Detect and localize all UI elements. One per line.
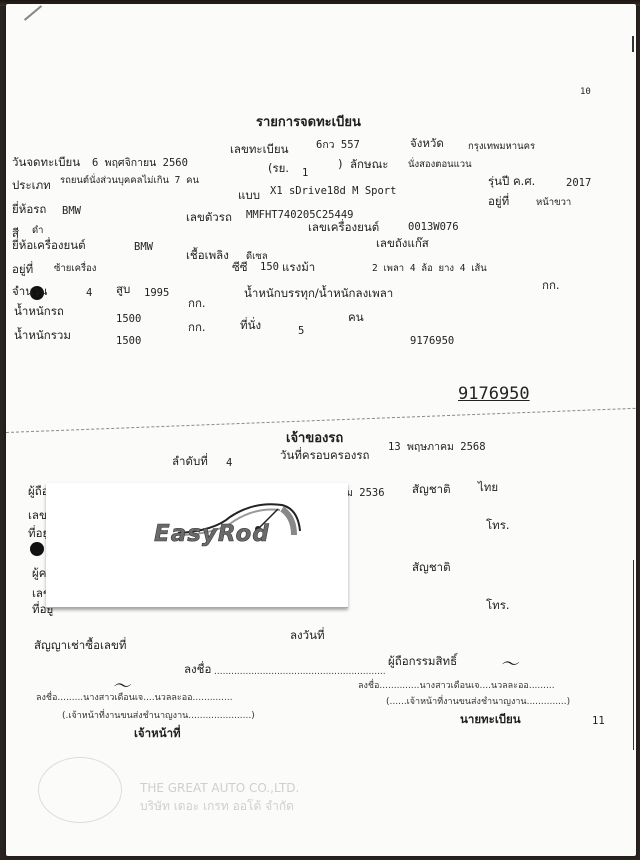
id-label: เลข <box>28 510 47 522</box>
occupant-nationality-label: สัญชาติ <box>412 562 451 574</box>
piston-label: สูบ <box>116 284 130 296</box>
seats-unit: คน <box>348 312 364 324</box>
page-edge-line <box>633 560 634 750</box>
left-signature-line: ลงชื่อ.........นางสาวเดือนเจ....นวลละออ.… <box>36 694 233 703</box>
plate-value: 6กว 557 <box>316 140 360 151</box>
page-number-top: 10 <box>580 88 591 97</box>
engine-pos-label: อยู่ที่ <box>12 264 33 276</box>
year-value: 2017 <box>566 178 591 189</box>
engine-brand-value: BMW <box>134 242 153 253</box>
nationality-value: ไทย <box>478 482 498 494</box>
type-value: รถยนต์นั่งส่วนบุคคลไม่เกิน 7 คน <box>60 176 199 186</box>
order-value: 4 <box>226 458 232 469</box>
page-number-bottom: 11 <box>592 716 605 727</box>
sign-line: ........................................… <box>214 668 386 677</box>
faded-stamp <box>38 757 122 823</box>
total-weight-value: 1500 <box>116 336 141 347</box>
doc-number-large: 9176950 <box>458 386 530 403</box>
birth-fragment: ม 2536 <box>346 488 385 499</box>
right-title-line: (......เจ้าหน้าที่งานขนส่งชำนาญงาน......… <box>386 698 570 707</box>
page-edge-line <box>632 36 634 52</box>
faded-company-en: THE GREAT AUTO CO.,LTD. <box>140 782 299 794</box>
document-title: รายการจดทะเบียน <box>256 116 361 129</box>
character-label: ลักษณะ <box>350 159 388 171</box>
chassis-label: เลขตัวรถ <box>186 212 232 224</box>
ownership-holder-label: ผู้ถือกรรมสิทธิ์ <box>388 656 457 668</box>
type-label: ประเภท <box>12 180 51 192</box>
kg-unit: กก. <box>188 322 206 334</box>
engine-brand-label: ยี่ห้อเครื่องยนต์ <box>12 240 86 252</box>
gas-tank-label: เลขถังแก๊ส <box>376 238 429 250</box>
reg-date-value: 6 พฤศจิกายน 2560 <box>92 158 188 169</box>
brand-label: ยี่ห้อรถ <box>12 204 46 216</box>
hp-value: 150 <box>260 262 279 273</box>
chassis-pos-label: อยู่ที่ <box>488 196 509 208</box>
model-label: แบบ <box>238 190 260 202</box>
weight-label: น้ำหนักรถ <box>14 306 64 318</box>
plate-label: เลขทะเบียน <box>230 144 288 156</box>
kg-unit: กก. <box>188 298 206 310</box>
cylinders-label: จำนวน <box>12 286 47 298</box>
owner-section-title: เจ้าของรถ <box>286 432 343 445</box>
ry-open: (รย. <box>268 163 289 175</box>
total-weight-label: น้ำหนักรวม <box>14 330 71 342</box>
province-label: จังหวัด <box>410 138 444 150</box>
cc-label: ซีซี <box>232 262 248 274</box>
hp-label: แรงม้า <box>282 262 315 274</box>
kg-unit: กก. <box>542 280 560 292</box>
ry-value: 1 <box>302 168 308 179</box>
easyrod-logo: EasyRod <box>154 521 270 547</box>
possession-date: 13 พฤษภาคม 2568 <box>388 442 486 453</box>
faded-company-th: บริษัท เดอะ เกรท ออโต้ จำกัด <box>140 800 294 812</box>
chassis-pos-value: หน้าขวา <box>536 198 571 208</box>
order-label: ลำดับที่ <box>172 456 208 468</box>
punch-hole <box>30 542 44 556</box>
right-signature-line: ลงชื่อ..............นางสาวเดือนเจ....นวล… <box>358 682 555 691</box>
character-value: นั่งสองตอนแวน <box>408 160 472 170</box>
color-value: ดำ <box>32 226 44 236</box>
occupant-phone-label: โทร. <box>486 600 510 612</box>
nationality-label: สัญชาติ <box>412 484 451 496</box>
phone-label: โทร. <box>486 520 510 532</box>
axles-value: 2 เพลา 4 ล้อ ยาง 4 เส้น <box>372 264 487 274</box>
engine-pos-value: ซ้ายเครื่อง <box>54 264 96 274</box>
weight-value: 1500 <box>116 314 141 325</box>
signature-owner: 〜 <box>500 650 518 676</box>
sign-date-label: ลงวันที่ <box>290 630 325 642</box>
possession-label: วันที่ครอบครองรถ <box>280 450 370 462</box>
engine-no-value: 0013W076 <box>408 222 459 233</box>
engine-no-label: เลขเครื่องยนต์ <box>308 222 379 234</box>
seats-value: 5 <box>298 326 304 337</box>
reg-date-label: วันจดทะเบียน <box>12 157 80 169</box>
left-title-line: (.เจ้าหน้าที่งานขนส่งชำนาญงาน...........… <box>62 712 255 721</box>
year-label: รุ่นปี ค.ศ. <box>488 176 535 188</box>
fuel-label: เชื้อเพลิง <box>186 250 229 262</box>
registrar-label: นายทะเบียน <box>460 714 521 726</box>
seats-label: ที่นั่ง <box>240 320 261 332</box>
brand-value: BMW <box>62 206 81 217</box>
ry-close: ) <box>338 159 343 171</box>
cc-value: 1995 <box>144 288 169 299</box>
load-label: น้ำหนักบรรทุก/น้ำหนักลงเพลา <box>244 288 393 300</box>
doc-number: 9176950 <box>410 336 454 347</box>
province-value: กรุงเทพมหานคร <box>468 142 535 152</box>
chassis-value: MMFHT740205C25449 <box>246 210 353 221</box>
hire-purchase-label: สัญญาเช่าซื้อเลขที่ <box>34 640 126 652</box>
cylinders-value: 4 <box>86 288 92 299</box>
officer-label: เจ้าหน้าที่ <box>134 728 181 740</box>
sign-label: ลงชื่อ <box>184 664 211 676</box>
model-value: X1 sDrive18d M Sport <box>270 186 396 197</box>
watermark-card: EasyRod <box>46 483 348 608</box>
